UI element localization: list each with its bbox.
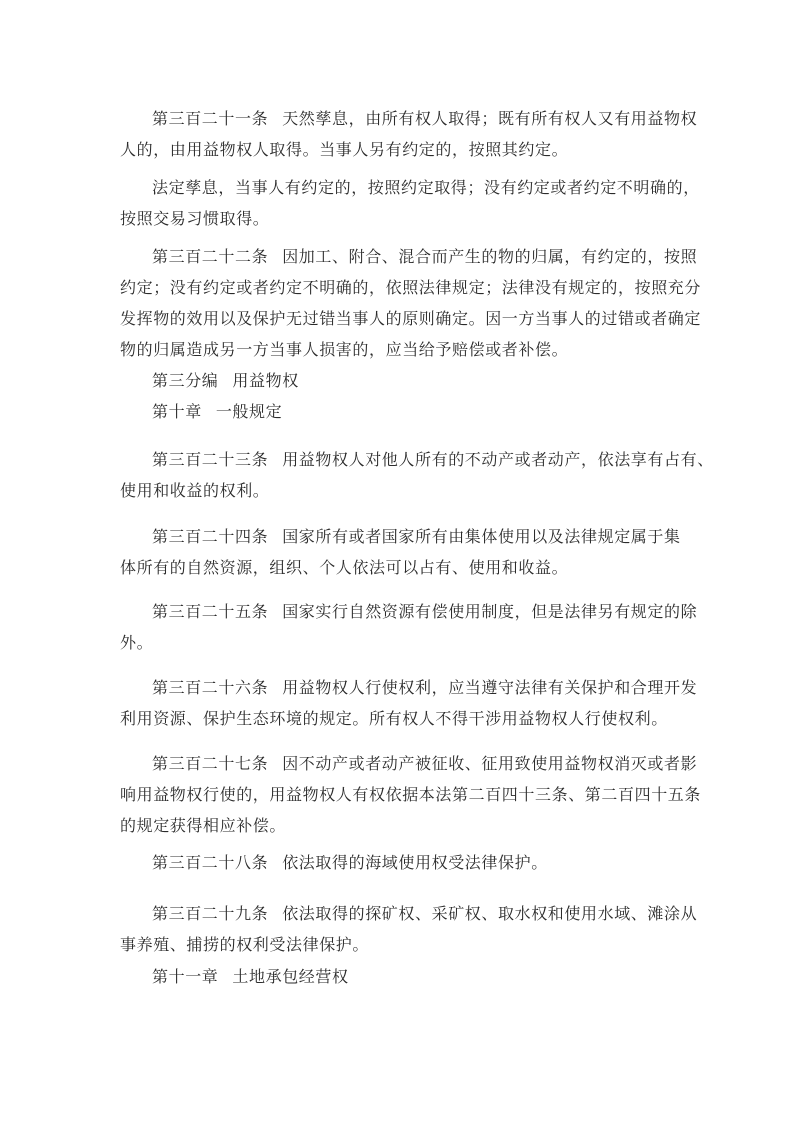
article-322: 第三百二十二条因加工、附合、混合而产生的物的归属，有约定的，按照 约定；没有约定… <box>120 241 680 365</box>
article-number: 第三百二十二条 <box>152 247 268 266</box>
article-number: 第三百二十八条 <box>152 853 268 872</box>
article-text: 国家实行自然资源有偿使用制度，但是法律另有规定的除 <box>282 602 697 621</box>
heading-title: 用益物权 <box>232 371 298 390</box>
article-text: 约定；没有约定或者约定不明确的，依照法律规定；法律没有规定的，按照充分 <box>120 272 680 303</box>
chapter-heading: 第十一章土地承包经营权 <box>120 961 680 992</box>
article-text: 发挥物的效用以及保护无过错当事人的原则确定。因一方当事人的过错或者确定 <box>120 303 680 334</box>
article-329: 第三百二十九条依法取得的探矿权、采矿权、取水权和使用水域、滩涂从 事养殖、捕捞的… <box>120 898 680 960</box>
article-text: 用益物权人行使权利，应当遵守法律有关保护和合理开发 <box>282 678 697 697</box>
article-328: 第三百二十八条依法取得的海域使用权受法律保护。 <box>120 847 680 878</box>
article-number: 第三百二十四条 <box>152 527 268 546</box>
article-number: 第三百二十一条 <box>152 109 268 128</box>
article-323: 第三百二十三条用益物权人对他人所有的不动产或者动产，依法享有占有、 使用和收益的… <box>120 444 680 506</box>
chapter-heading: 第十章一般规定 <box>120 396 680 427</box>
heading-title: 土地承包经营权 <box>232 967 348 986</box>
paragraph-text: 法定孳息，当事人有约定的，按照约定取得；没有约定或者约定不明确的， <box>120 172 680 203</box>
article-text: 因不动产或者动产被征收、征用致使用益物权消灭或者影 <box>282 754 697 773</box>
article-text: 依法取得的探矿权、采矿权、取水权和使用水域、滩涂从 <box>282 904 697 923</box>
article-text: 国家所有或者国家所有由集体使用以及法律规定属于集 <box>282 527 680 546</box>
article-text: 使用和收益的权利。 <box>120 475 680 506</box>
article-number: 第三百二十三条 <box>152 450 268 469</box>
article-327: 第三百二十七条因不动产或者动产被征收、征用致使用益物权消灭或者影 响用益物权行使… <box>120 748 680 841</box>
heading-label: 第十章 <box>152 402 202 421</box>
subpart-heading: 第三分编用益物权 <box>120 365 680 396</box>
article-text: 因加工、附合、混合而产生的物的归属，有约定的，按照 <box>282 247 697 266</box>
article-325: 第三百二十五条国家实行自然资源有偿使用制度，但是法律另有规定的除 外。 <box>120 596 680 658</box>
article-text: 天然孳息，由所有权人取得；既有所有权人又有用益物权 <box>282 109 697 128</box>
article-text: 外。 <box>120 627 680 658</box>
article-text: 体所有的自然资源，组织、个人依法可以占有、使用和收益。 <box>120 552 680 583</box>
article-text: 物的归属造成另一方当事人损害的，应当给予赔偿或者补偿。 <box>120 334 680 365</box>
heading-label: 第十一章 <box>152 967 218 986</box>
article-text: 的规定获得相应补偿。 <box>120 810 680 841</box>
article-321: 第三百二十一条天然孳息，由所有权人取得；既有所有权人又有用益物权 人的，由用益物… <box>120 103 680 165</box>
article-text: 用益物权人对他人所有的不动产或者动产，依法享有占有、 <box>282 450 714 469</box>
article-324: 第三百二十四条国家所有或者国家所有由集体使用以及法律规定属于集 体所有的自然资源… <box>120 521 680 583</box>
article-text: 事养殖、捕捞的权利受法律保护。 <box>120 929 680 960</box>
paragraph-legal-fruits: 法定孳息，当事人有约定的，按照约定取得；没有约定或者约定不明确的， 按照交易习惯… <box>120 172 680 234</box>
article-number: 第三百二十六条 <box>152 678 268 697</box>
article-text: 利用资源、保护生态环境的规定。所有权人不得干涉用益物权人行使权利。 <box>120 703 680 734</box>
article-326: 第三百二十六条用益物权人行使权利，应当遵守法律有关保护和合理开发 利用资源、保护… <box>120 672 680 734</box>
paragraph-text: 按照交易习惯取得。 <box>120 203 680 234</box>
article-text: 响用益物权行使的，用益物权人有权依据本法第二百四十三条、第二百四十五条 <box>120 779 680 810</box>
article-number: 第三百二十九条 <box>152 904 268 923</box>
heading-label: 第三分编 <box>152 371 218 390</box>
article-number: 第三百二十七条 <box>152 754 268 773</box>
article-text: 依法取得的海域使用权受法律保护。 <box>282 853 548 872</box>
heading-title: 一般规定 <box>216 402 282 421</box>
article-text: 人的，由用益物权人取得。当事人另有约定的，按照其约定。 <box>120 134 680 165</box>
article-number: 第三百二十五条 <box>152 602 268 621</box>
